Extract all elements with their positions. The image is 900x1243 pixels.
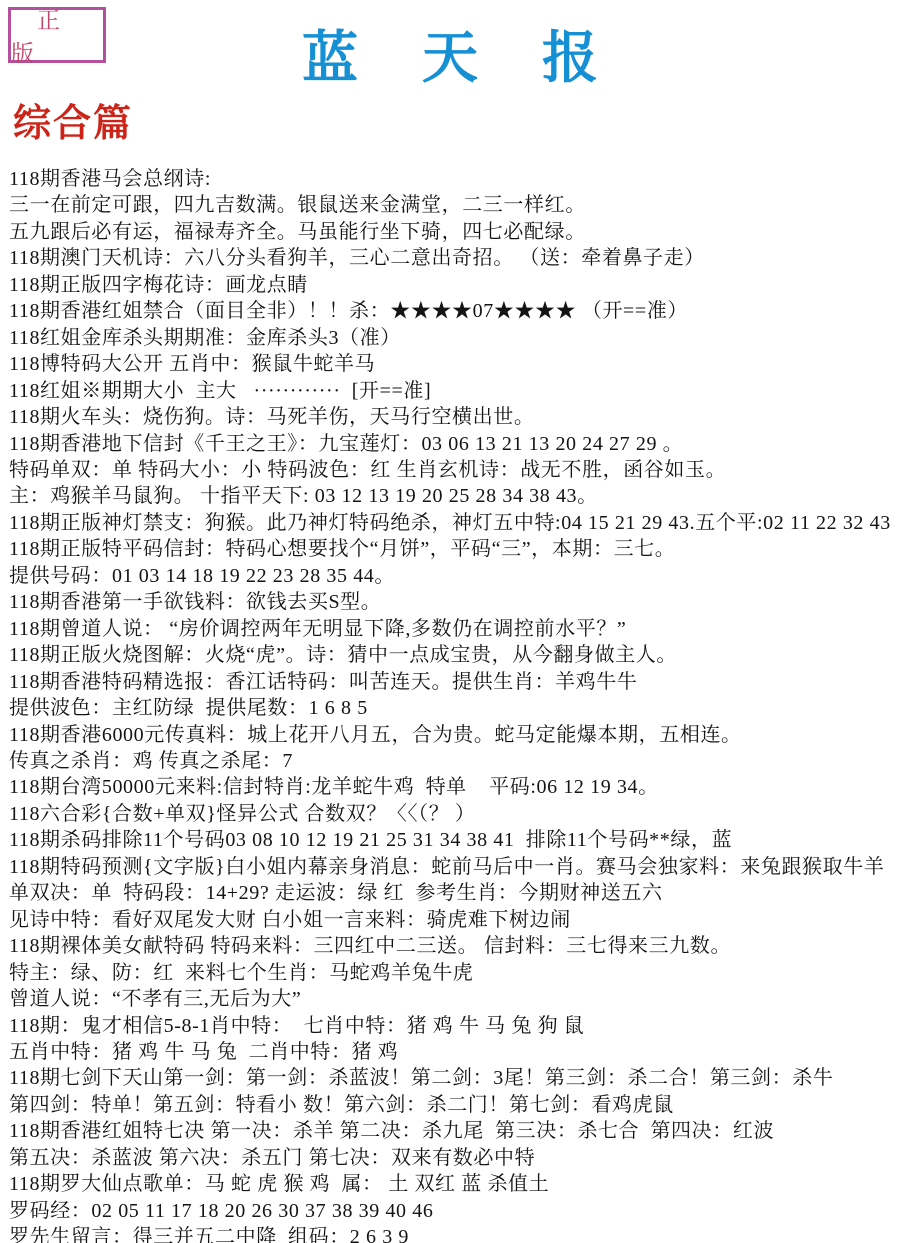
text-line: 提供波色：主红防绿 提供尾数：1 6 8 5 bbox=[9, 695, 898, 721]
text-line: 五九跟后必有运，福禄寿齐全。马虽能行坐下骑，四七必配绿。 bbox=[9, 219, 898, 245]
content-lines: 118期香港马会总纲诗:三一在前定可跟，四九吉数满。银鼠送来金满堂，二三一样红。… bbox=[9, 166, 898, 1243]
text-line: 单双决：单 特码段：14+29? 走运波：绿 红 参考生肖：今期财神送五六 bbox=[9, 880, 898, 906]
text-line: 118期曾道人说： “房价调控两年无明显下降,多数仍在调控前水平？” bbox=[9, 616, 898, 642]
text-line: 罗先生留言：得三并五二中降 组码：2 6 3 9 bbox=[9, 1224, 898, 1243]
text-line: 118期香港地下信封《千王之王》：九宝莲灯：03 06 13 21 13 20 … bbox=[9, 431, 898, 457]
section-title: 综合篇 bbox=[13, 92, 133, 147]
text-line: 118期香港特码精选报：香江话特码：叫苦连天。提供生肖：羊鸡牛牛 bbox=[9, 669, 898, 695]
text-line: 118期罗大仙点歌单：马 蛇 虎 猴 鸡 属： 土 双红 蓝 杀值土 bbox=[9, 1171, 898, 1197]
text-line: 第五决：杀蓝波 第六决：杀五门 第七决：双来有数必中特 bbox=[9, 1145, 898, 1171]
text-line: 传真之杀肖：鸡 传真之杀尾：7 bbox=[9, 748, 898, 774]
text-line: 五肖中特：猪 鸡 牛 马 兔 二肖中特：猪 鸡 bbox=[9, 1039, 898, 1065]
text-line: 第四剑：特单！第五剑：特看小 数！第六剑：杀二门！第七剑：看鸡虎鼠 bbox=[9, 1092, 898, 1118]
text-line: 118期香港6000元传真料：城上花开八月五，合为贵。蛇马定能爆本期，五相连。 bbox=[9, 722, 898, 748]
text-line: 118博特码大公开 五肖中：猴鼠牛蛇羊马 bbox=[9, 351, 898, 377]
text-line: 提供号码：01 03 14 18 19 22 23 28 35 44。 bbox=[9, 563, 898, 589]
text-line: 主：鸡猴羊马鼠狗。 十指平天下: 03 12 13 19 20 25 28 34… bbox=[9, 483, 898, 509]
page-title: 蓝天报 bbox=[0, 14, 900, 94]
text-line: 118期火车头：烧伤狗。诗：马死羊伤，天马行空横出世。 bbox=[9, 404, 898, 430]
text-line: 见诗中特：看好双尾发大财 白小姐一言来料：骑虎难下树边闹 bbox=[9, 907, 898, 933]
text-line: 三一在前定可跟，四九吉数满。银鼠送来金满堂，二三一样红。 bbox=[9, 192, 898, 218]
text-line: 118六合彩{合数+单双}怪异公式 合数双？〈〈（？ ） bbox=[9, 801, 898, 827]
text-line: 118期特码预测{文字版}白小姐内幕亲身消息：蛇前马后中一肖。赛马会独家料：来兔… bbox=[9, 854, 898, 880]
text-line: 118期正版四字梅花诗：画龙点睛 bbox=[9, 272, 898, 298]
text-line: 特码单双：单 特码大小：小 特码波色：红 生肖玄机诗：战无不胜，函谷如玉。 bbox=[9, 457, 898, 483]
text-line: 118期：鬼才相信5-8-1肖中特： 七肖中特：猪 鸡 牛 马 兔 狗 鼠 bbox=[9, 1013, 898, 1039]
text-line: 118期台湾50000元来料:信封特肖:龙羊蛇牛鸡 特单 平码:06 12 19… bbox=[9, 774, 898, 800]
text-line: 特主：绿、防：红 来料七个生肖：马蛇鸡羊兔牛虎 bbox=[9, 960, 898, 986]
text-line: 118期杀码排除11个号码03 08 10 12 19 21 25 31 34 … bbox=[9, 827, 898, 853]
text-line: 118期香港第一手欲钱料：欲钱去买S型。 bbox=[9, 589, 898, 615]
text-line: 118期正版火烧图解：火烧“虎”。诗：猜中一点成宝贵，从今翻身做主人。 bbox=[9, 642, 898, 668]
text-line: 118期正版神灯禁支：狗猴。此乃神灯特码绝杀，神灯五中特:04 15 21 29… bbox=[9, 510, 898, 536]
text-line: 118期七剑下天山第一剑：第一剑：杀蓝波！第二剑：3尾！第三剑：杀二合！第三剑：… bbox=[9, 1065, 898, 1091]
text-line: 118期澳门天机诗：六八分头看狗羊，三心二意出奇招。 （送：牵着鼻子走） bbox=[9, 245, 898, 271]
text-line: 罗码经：02 05 11 17 18 20 26 30 37 38 39 40 … bbox=[9, 1198, 898, 1224]
text-line: 118期香港红姐特七决 第一决：杀羊 第二决：杀九尾 第三决：杀七合 第四决：红… bbox=[9, 1118, 898, 1144]
text-line: 118期香港红姐禁合（面目全非）！！杀：★★★★07★★★★ （开==准） bbox=[9, 298, 898, 324]
text-line: 118期香港马会总纲诗: bbox=[9, 166, 898, 192]
text-line: 曾道人说：“不孝有三,无后为大” bbox=[9, 986, 898, 1012]
text-line: 118期正版特平码信封：特码心想要找个“月饼”，平码“三”，本期：三七。 bbox=[9, 536, 898, 562]
text-line: 118红姐金库杀头期期准：金库杀头3（准） bbox=[9, 325, 898, 351]
text-line: 118红姐※期期大小 主大 ············ [开==准] bbox=[9, 378, 898, 404]
text-line: 118期裸体美女献特码 特码来料：三四红中二三送。 信封料：三七得来三九数。 bbox=[9, 933, 898, 959]
